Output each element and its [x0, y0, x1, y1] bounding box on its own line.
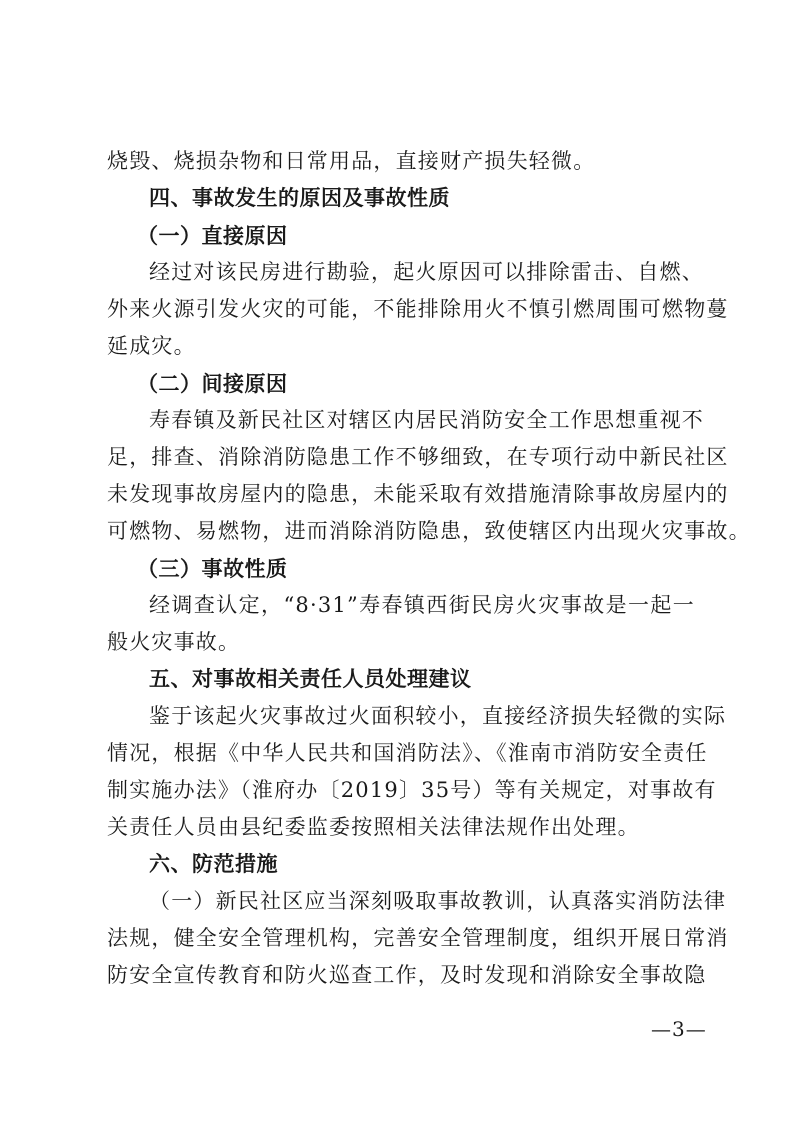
- paragraph-line: 可燃物、易燃物，进而消除消防隐患，致使辖区内出现火灾事故。: [107, 513, 695, 550]
- paragraph-line: 寿春镇及新民社区对辖区内居民消防安全工作思想重视不: [107, 402, 695, 439]
- paragraph-line: 关责任人员由县纪委监委按照相关法律法规作出处理。: [107, 809, 695, 846]
- paragraph-line: 情况，根据《中华人民共和国消防法》、《淮南市消防安全责任: [107, 735, 695, 772]
- subheading-accident-nature: （三）事故性质: [107, 550, 695, 587]
- paragraph-line: 鉴于该起火灾事故过火面积较小，直接经济损失轻微的实际: [107, 698, 695, 735]
- paragraph-line: 制实施办法》（淮府办〔2019〕35号）等有关规定，对事故有: [107, 772, 695, 809]
- paragraph-line: 未发现事故房屋内的隐患，未能采取有效措施清除事故房屋内的: [107, 476, 695, 513]
- paragraph-line: 法规，健全安全管理机构，完善安全管理制度，组织开展日常消: [107, 920, 695, 957]
- paragraph-line: 防安全宣传教育和防火巡查工作，及时发现和消除安全事故隐: [107, 957, 695, 994]
- paragraph-line: 外来火源引发火灾的可能，不能排除用火不慎引燃周围可燃物蔓: [107, 291, 695, 328]
- paragraph-line: 足，排查、消除消防隐患工作不够细致，在专项行动中新民社区: [107, 439, 695, 476]
- subheading-indirect-cause: （二）间接原因: [107, 365, 695, 402]
- section-heading-6: 六、防范措施: [107, 846, 695, 883]
- paragraph-line: （一）新民社区应当深刻吸取事故教训，认真落实消防法律: [107, 883, 695, 920]
- section-heading-5: 五、对事故相关责任人员处理建议: [107, 661, 695, 698]
- paragraph-line: 延成灾。: [107, 328, 695, 365]
- paragraph-line: 经调查认定，“8·31”寿春镇西街民房火灾事故是一起一: [107, 587, 695, 624]
- paragraph-line: 般火灾事故。: [107, 624, 695, 661]
- paragraph-line: 烧毁、烧损杂物和日常用品，直接财产损失轻微。: [107, 143, 695, 180]
- subheading-direct-cause: （一）直接原因: [107, 217, 695, 254]
- section-heading-4: 四、事故发生的原因及事故性质: [107, 180, 695, 217]
- document-page: 烧毁、烧损杂物和日常用品，直接财产损失轻微。 四、事故发生的原因及事故性质 （一…: [107, 143, 695, 994]
- page-number: —3—: [651, 1017, 707, 1041]
- paragraph-line: 经过对该民房进行勘验，起火原因可以排除雷击、自燃、: [107, 254, 695, 291]
